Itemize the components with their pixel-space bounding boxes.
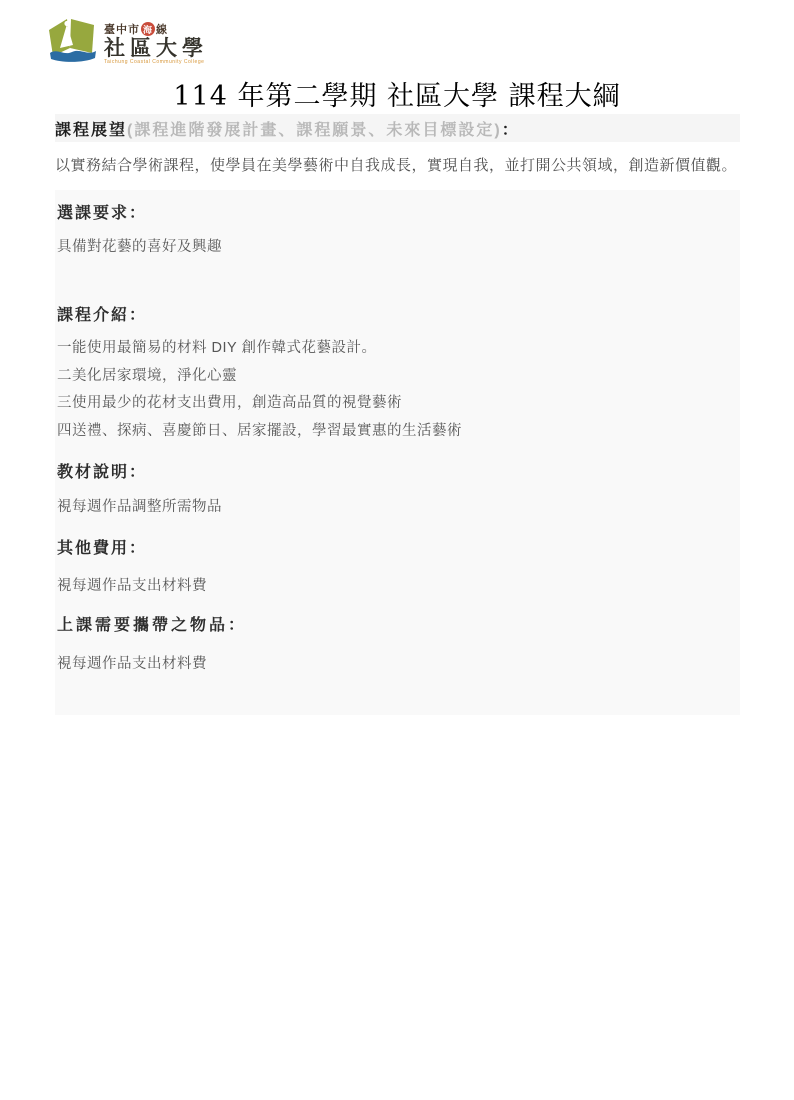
logo-seal-badge: 海 [141,22,155,36]
school-logo: 臺中市 海 線 社區大學 Taichung Coastal Community … [46,15,208,65]
selection-requirements-heading: 選課要求： [57,200,738,223]
logo-org-name: 社區大學 [104,37,208,59]
logo-line-suffix: 線 [156,21,168,37]
course-intro-line: 一能使用最簡易的材料 DIY 創作韓式花藝設計。 [57,335,738,363]
open-book-seagull-wave-icon [46,15,102,63]
course-intro-line: 三使用最少的花材支出費用，創造高品質的視覺藝術 [57,390,738,418]
materials-body: 視每週作品調整所需物品 [57,495,738,516]
items-to-bring-body: 視每週作品支出材料費 [57,652,738,673]
course-intro-list: 一能使用最簡易的材料 DIY 創作韓式花藝設計。 二美化居家環境，淨化心靈 三使… [57,335,738,445]
logo-text-column: 臺中市 海 線 社區大學 Taichung Coastal Community … [104,21,208,65]
selection-requirements-body: 具備對花藝的喜好及興趣 [57,235,738,256]
course-outlook-heading: 課程展望 [55,117,127,140]
course-outlook-body: 以實務結合學術課程，使學員在美學藝術中自我成長，實現自我，並打開公共領域，創造新… [55,142,740,190]
logo-org-line: 臺中市 海 線 [104,21,208,37]
other-fees-body: 視每週作品支出材料費 [57,574,738,595]
course-outline-content: 課程展望 (課程進階發展計畫、課程願景、未來目標設定) ： 以實務結合學術課程，… [55,114,740,715]
materials-heading: 教材說明： [57,459,738,482]
course-intro-line: 四送禮、探病、喜慶節日、居家擺設，學習最實惠的生活藝術 [57,418,738,446]
course-intro-heading: 課程介紹： [57,302,738,325]
course-intro-line: 二美化居家環境，淨化心靈 [57,363,738,391]
course-outlook-colon: ： [502,117,518,140]
items-to-bring-heading: 上課需要攜帶之物品： [57,612,738,635]
course-details-block: 選課要求： 具備對花藝的喜好及興趣 課程介紹： 一能使用最簡易的材料 DIY 創… [55,190,740,715]
page-title: 114 年第二學期 社區大學 課程大綱 [0,74,794,113]
section-course-outlook-header: 課程展望 (課程進階發展計畫、課程願景、未來目標設定) ： [55,114,740,142]
document-page: 臺中市 海 線 社區大學 Taichung Coastal Community … [0,0,794,1100]
logo-region-text: 臺中市 [104,21,140,37]
course-outlook-note: (課程進階發展計畫、課程願景、未來目標設定) [127,117,502,140]
other-fees-heading: 其他費用： [57,535,738,558]
logo-org-english: Taichung Coastal Community College [104,59,208,65]
